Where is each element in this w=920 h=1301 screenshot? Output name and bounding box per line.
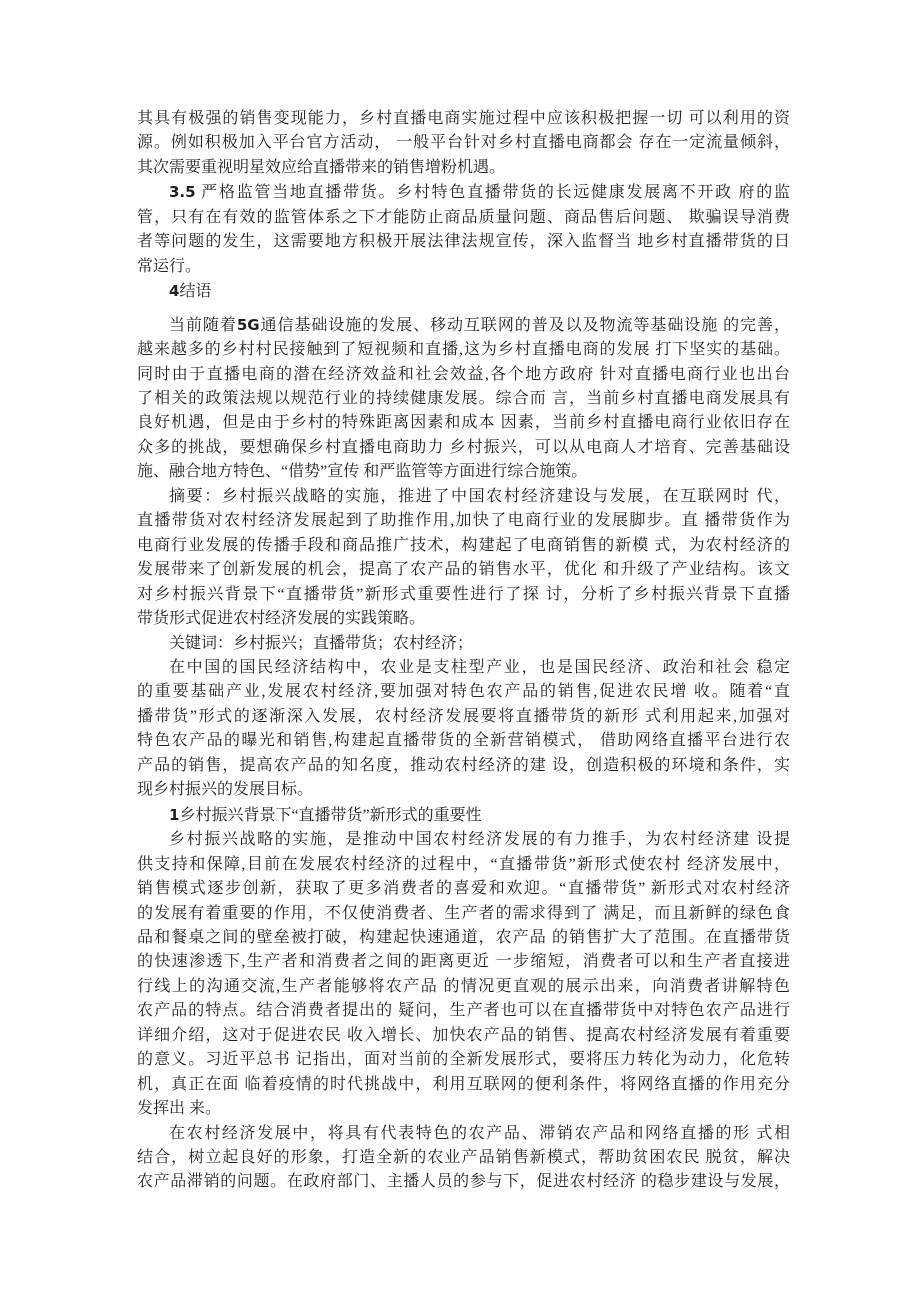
- paragraph: 乡村振兴战略的实施，是推动中国农村经济发展的有力推手，为农村经济建 设提供支持和…: [137, 828, 790, 1121]
- text-line: 其具有极强的销售变现能力，乡村直播电商实施过程中应该积极把握一切 可以利用的资: [137, 107, 790, 131]
- bold-number-run: 1: [169, 806, 179, 824]
- paragraph: 关键词：乡村振兴；直播带货；农村经济；: [137, 632, 790, 656]
- text-run: 越来越多的乡村村民接触到了短视频和直播,这为乡村直播电商的发展 打下坚实的基础。: [137, 341, 790, 358]
- text-line: 农产品的特点。结合消费者提出的 疑问，生产者也可以在直播带货中对特色农产品进行: [137, 999, 790, 1023]
- text-line: 品和餐桌之间的壁垒被打破，构建起快速通道，农产品 的销售扩大了范围。在直播带货: [137, 926, 790, 950]
- text-run: 销售模式逐步创新，获取了更多消费者的喜爱和欢迎。“直播带货” 新形式对农村经济: [137, 880, 790, 897]
- text-run: 在中国的国民经济结构中，农业是支柱型产业，也是国民经济、政治和社会 稳定: [169, 659, 790, 676]
- text-line: 播带货”形式的逐渐深入发展，农村经济发展要将直播带货的新形 式利用起来,加强对: [137, 705, 790, 729]
- text-line: 直播带货对农村经济发展起到了助推作用,加快了电商行业的发展脚步。直 播带货作为: [137, 509, 790, 533]
- text-line: 的发展有着重要的作用，不仅使消费者、生产者的需求得到了 满足，而且新鲜的绿色食: [137, 902, 790, 926]
- text-run: 发展带来了创新发展的机会，提高了农产品的销售水平，优化 和升级了产业结构。该文: [137, 561, 790, 578]
- text-run: 播带货”形式的逐渐深入发展，农村经济发展要将直播带货的新形 式利用起来,加强对: [137, 708, 790, 725]
- text-run: 带货形式促进农村经济发展的实践策略。: [137, 610, 425, 627]
- text-run: 发挥出 来。: [137, 1100, 221, 1117]
- text-line: 摘要：乡村振兴战略的实施，推进了中国农村经济建设与发展，在互联网时 代，: [137, 485, 790, 509]
- paragraph: 在农村经济发展中，将具有代表特色的农产品、滞销农产品和网络直播的形 式相结合，树…: [137, 1122, 790, 1195]
- text-run: 行线上的沟通交流,生产者能够将农产品 的情况更直观的展示出来，向消费者讲解特色: [137, 978, 790, 995]
- text-run: 特色农产品的曝光和销售,构建起直播带货的全新营销模式， 借助网络直播平台进行农: [137, 732, 790, 749]
- text-line: 关键词：乡村振兴；直播带货；农村经济；: [137, 632, 790, 656]
- paragraph: 4结语: [137, 279, 790, 304]
- paragraph: 1乡村振兴背景下“直播带货”新形式的重要性: [137, 803, 790, 828]
- text-run: 产品的销售，提高农产品的知名度，推动农村经济的建 设，创造积极的环境和条件，实: [137, 757, 790, 774]
- text-line: 同时由于直播电商的潜在经济效益和社会效益,各个地方政府 针对直播电商行业也出台: [137, 363, 790, 387]
- text-run: 通信基础设施的发展、移动互联网的普及以及物流等基础设施 的完善，: [260, 317, 790, 334]
- text-run: 详细介绍，这对于促进农民 收入增长、加快农产品的销售、提高农村经济发展有着重要: [137, 1027, 790, 1044]
- text-line: 1乡村振兴背景下“直播带货”新形式的重要性: [137, 803, 790, 828]
- text-line: 特色农产品的曝光和销售,构建起直播带货的全新营销模式， 借助网络直播平台进行农: [137, 729, 790, 753]
- text-line: 销售模式逐步创新，获取了更多消费者的喜爱和欢迎。“直播带货” 新形式对农村经济: [137, 877, 790, 901]
- paragraph: 当前随着5G通信基础设施的发展、移动互联网的普及以及物流等基础设施 的完善，越来…: [137, 313, 790, 485]
- text-line: 越来越多的乡村村民接触到了短视频和直播,这为乡村直播电商的发展 打下坚实的基础。: [137, 338, 790, 362]
- text-run: 摘要：乡村振兴战略的实施，推进了中国农村经济建设与发展，在互联网时 代，: [169, 488, 790, 505]
- text-run: 者等问题的发生，这需要地方积极开展法律法规宣传，深入监督当 地乡村直播带货的日: [137, 233, 790, 250]
- text-run: 乡村振兴战略的实施，是推动中国农村经济发展的有力推手，为农村经济建 设提: [169, 831, 790, 848]
- text-line: 对乡村振兴背景下“直播带货”新形式重要性进行了探 讨，分析了乡村振兴背景下直播: [137, 583, 790, 607]
- text-run: 直播带货对农村经济发展起到了助推作用,加快了电商行业的发展脚步。直 播带货作为: [137, 512, 790, 529]
- text-line: 现乡村振兴的发展目标。: [137, 778, 790, 802]
- text-run: 严格监管当地直播带货。乡村特色直播带货的长远健康发展离不开政 府的监: [196, 184, 790, 201]
- text-run: 对乡村振兴背景下“直播带货”新形式重要性进行了探 讨，分析了乡村振兴背景下直播: [137, 586, 790, 603]
- text-run: 供支持和保障,目前在发展农村经济的过程中，“直播带货”新形式使农村 经济发展中，: [137, 856, 790, 873]
- text-run: 当前随着: [169, 317, 237, 334]
- text-run: 品和餐桌之间的壁垒被打破，构建起快速通道，农产品 的销售扩大了范围。在直播带货: [137, 929, 790, 946]
- paragraph: 摘要：乡村振兴战略的实施，推进了中国农村经济建设与发展，在互联网时 代，直播带货…: [137, 485, 790, 632]
- text-run: 众多的挑战，要想确保乡村直播电商助力 乡村振兴，可以从电商人才培育、完善基础设: [137, 439, 790, 456]
- text-run: 其次需要重视明星效应给直播带来的销售增粉机遇。: [137, 159, 505, 176]
- text-line: 了相关的政策法规以规范行业的持续健康发展。综合而 言，当前乡村直播电商发展具有: [137, 387, 790, 411]
- text-line: 者等问题的发生，这需要地方积极开展法律法规宣传，深入监督当 地乡村直播带货的日: [137, 230, 790, 254]
- text-line: 管，只有在有效的监管体系之下才能防止商品质量问题、商品售后问题、 欺骗误导消费: [137, 206, 790, 230]
- text-line: 的快速渗透下,生产者和消费者之间的距离更近 一步缩短，消费者可以和生产者直接进: [137, 950, 790, 974]
- text-line: 供支持和保障,目前在发展农村经济的过程中，“直播带货”新形式使农村 经济发展中，: [137, 853, 790, 877]
- text-line: 施、融合地方特色、“借势”宣传 和严监管等方面进行综合施策。: [137, 460, 790, 484]
- text-line: 众多的挑战，要想确保乡村直播电商助力 乡村振兴，可以从电商人才培育、完善基础设: [137, 436, 790, 460]
- text-line: 常运行。: [137, 255, 790, 279]
- text-line: 源。例如积极加入平台官方活动， 一般平台针对乡村直播电商都会 存在一定流量倾斜，: [137, 131, 790, 155]
- bold-number-run: 5G: [237, 316, 260, 334]
- text-run: 其具有极强的销售变现能力，乡村直播电商实施过程中应该积极把握一切 可以利用的资: [137, 110, 790, 127]
- text-line: 的意义。习近平总书 记指出，面对当前的全新发展形式，要将压力转化为动力，化危转: [137, 1048, 790, 1072]
- text-run: 了相关的政策法规以规范行业的持续健康发展。综合而 言，当前乡村直播电商发展具有: [137, 390, 790, 407]
- text-line: 其次需要重视明星效应给直播带来的销售增粉机遇。: [137, 156, 790, 180]
- paragraph: 其具有极强的销售变现能力，乡村直播电商实施过程中应该积极把握一切 可以利用的资源…: [137, 107, 790, 180]
- bold-number-run: 3.5: [169, 183, 196, 201]
- text-run: 机，真正在面 临着疫情的时代挑战中，利用互联网的便利条件，将网络直播的作用充分: [137, 1076, 790, 1093]
- text-line: 在中国的国民经济结构中，农业是支柱型产业，也是国民经济、政治和社会 稳定: [137, 656, 790, 680]
- text-run: 的发展有着重要的作用，不仅使消费者、生产者的需求得到了 满足，而且新鲜的绿色食: [137, 905, 790, 922]
- text-line: 发展带来了创新发展的机会，提高了农产品的销售水平，优化 和升级了产业结构。该文: [137, 558, 790, 582]
- text-line: 带货形式促进农村经济发展的实践策略。: [137, 607, 790, 631]
- text-run: 现乡村振兴的发展目标。: [137, 781, 313, 798]
- text-line: 乡村振兴战略的实施，是推动中国农村经济发展的有力推手，为农村经济建 设提: [137, 828, 790, 852]
- text-run: 农产品滞销的问题。在政府部门、主播人员的参与下，促进农村经济 的稳步建设与发展，: [137, 1173, 790, 1190]
- text-line: 当前随着5G通信基础设施的发展、移动互联网的普及以及物流等基础设施 的完善，: [137, 313, 790, 338]
- text-line: 在农村经济发展中，将具有代表特色的农产品、滞销农产品和网络直播的形 式相: [137, 1122, 790, 1146]
- text-line: 3.5 严格监管当地直播带货。乡村特色直播带货的长远健康发展离不开政 府的监: [137, 180, 790, 205]
- text-run: 良好机遇，但是由于乡村的特殊距离因素和成本 因素，当前乡村直播电商行业依旧存在: [137, 414, 790, 431]
- text-line: 详细介绍，这对于促进农民 收入增长、加快农产品的销售、提高农村经济发展有着重要: [137, 1024, 790, 1048]
- text-run: 的快速渗透下,生产者和消费者之间的距离更近 一步缩短，消费者可以和生产者直接进: [137, 953, 790, 970]
- paragraph: 3.5 严格监管当地直播带货。乡村特色直播带货的长远健康发展离不开政 府的监管，…: [137, 180, 790, 279]
- text-run: 电商行业发展的传播手段和商品推广技术，构建起了电商销售的新模 式，为农村经济的: [137, 537, 790, 554]
- text-run: 源。例如积极加入平台官方活动， 一般平台针对乡村直播电商都会 存在一定流量倾斜，: [137, 134, 790, 151]
- text-run: 同时由于直播电商的潜在经济效益和社会效益,各个地方政府 针对直播电商行业也出台: [137, 366, 790, 383]
- text-line: 的重要基础产业,发展农村经济,要加强对特色农产品的销售,促进农民增 收。随着“直: [137, 680, 790, 704]
- text-line: 机，真正在面 临着疫情的时代挑战中，利用互联网的便利条件，将网络直播的作用充分: [137, 1073, 790, 1097]
- text-run: 施、融合地方特色、“借势”宣传 和严监管等方面进行综合施策。: [137, 463, 587, 480]
- text-run: 关键词：乡村振兴；直播带货；农村经济；: [169, 635, 473, 652]
- text-line: 发挥出 来。: [137, 1097, 790, 1121]
- text-run: 的重要基础产业,发展农村经济,要加强对特色农产品的销售,促进农民增 收。随着“直: [137, 683, 790, 700]
- text-line: 行线上的沟通交流,生产者能够将农产品 的情况更直观的展示出来，向消费者讲解特色: [137, 975, 790, 999]
- text-run: 常运行。: [137, 258, 201, 275]
- text-line: 结合，树立起良好的形象，打造全新的农业产品销售新模式，帮助贫困农民 脱贫，解决: [137, 1146, 790, 1170]
- text-run: 在农村经济发展中，将具有代表特色的农产品、滞销农产品和网络直播的形 式相: [169, 1125, 790, 1142]
- document-text-column: 其具有极强的销售变现能力，乡村直播电商实施过程中应该积极把握一切 可以利用的资源…: [137, 107, 790, 1195]
- text-line: 农产品滞销的问题。在政府部门、主播人员的参与下，促进农村经济 的稳步建设与发展，: [137, 1170, 790, 1194]
- paragraph: 在中国的国民经济结构中，农业是支柱型产业，也是国民经济、政治和社会 稳定的重要基…: [137, 656, 790, 803]
- text-line: 电商行业发展的传播手段和商品推广技术，构建起了电商销售的新模 式，为农村经济的: [137, 534, 790, 558]
- text-run: 的意义。习近平总书 记指出，面对当前的全新发展形式，要将压力转化为动力，化危转: [137, 1051, 790, 1068]
- text-run: 结合，树立起良好的形象，打造全新的农业产品销售新模式，帮助贫困农民 脱贫，解决: [137, 1149, 790, 1166]
- text-run: 乡村振兴背景下“直播带货”新形式的重要性: [179, 807, 481, 824]
- bold-number-run: 4: [169, 282, 179, 300]
- document-page: 其具有极强的销售变现能力，乡村直播电商实施过程中应该积极把握一切 可以利用的资源…: [0, 0, 920, 1301]
- text-line: 良好机遇，但是由于乡村的特殊距离因素和成本 因素，当前乡村直播电商行业依旧存在: [137, 411, 790, 435]
- text-run: 管，只有在有效的监管体系之下才能防止商品质量问题、商品售后问题、 欺骗误导消费: [137, 209, 790, 226]
- text-line: 4结语: [137, 279, 790, 304]
- text-run: 农产品的特点。结合消费者提出的 疑问，生产者也可以在直播带货中对特色农产品进行: [137, 1002, 790, 1019]
- text-line: 产品的销售，提高农产品的知名度，推动农村经济的建 设，创造积极的环境和条件，实: [137, 754, 790, 778]
- text-run: 结语: [179, 283, 211, 300]
